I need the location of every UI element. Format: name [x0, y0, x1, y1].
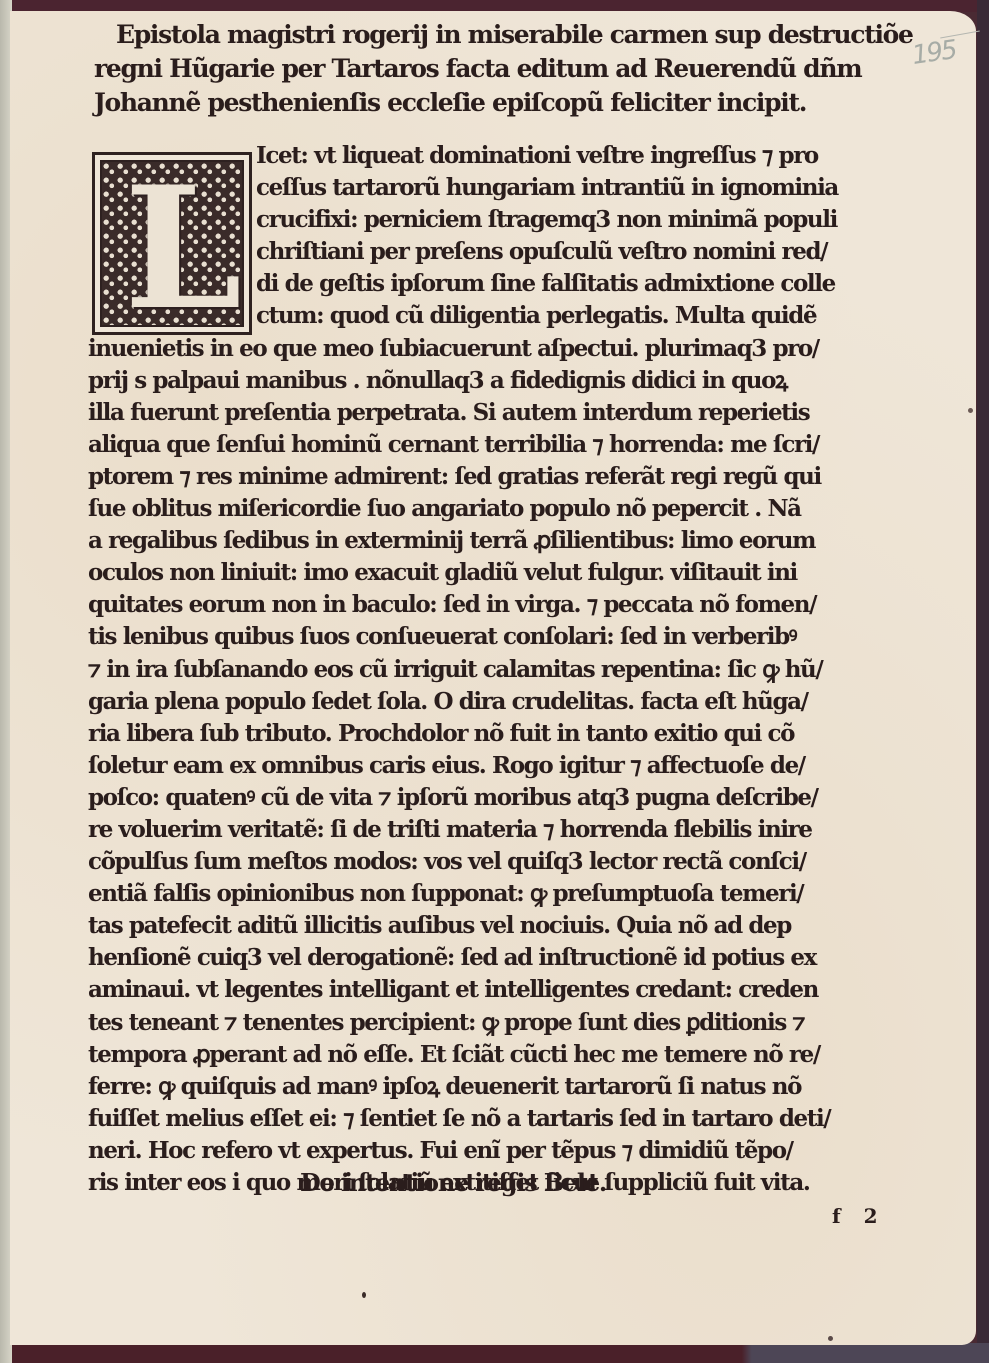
text-line: tempora ꝓperant ad nõ eſſe. Et ſciãt cũc… [88, 1039, 920, 1071]
text-line: prij s palpaui manibus . nõnullaq3 a fid… [88, 365, 920, 397]
text-line: Icet: vt liqueat dominationi veſtre ingr… [88, 140, 920, 172]
text-line: garia plena populo ſedet ſola. O dira cr… [88, 686, 920, 718]
text-line: chriſtiani per preſens opuſculũ veſtro n… [88, 236, 920, 268]
text-line: neri. Hoc refero vt expertus. Fui enĩ pe… [88, 1135, 920, 1167]
text-line: oculos non liniuit: imo exacuit gladiũ v… [88, 557, 920, 589]
text-line: tes teneant ⁊ tenentes percipient: ꝙ pro… [88, 1007, 920, 1039]
text-line: quitates eorum non in baculo: ſed in vir… [88, 589, 920, 621]
text-line: crucifixi: perniciem ſtragemq3 non minim… [88, 204, 920, 236]
text-line: ceſſus tartarorũ hungariam intrantiũ in … [88, 172, 920, 204]
text-line: re voluerim veritatẽ: ſi de triſti mater… [88, 814, 920, 846]
section-heading: De intentione regis Bele. [300, 1168, 606, 1197]
text-line: ⁊ in ira ſubſanando eos cũ irriguit cala… [88, 654, 920, 686]
incipit-heading: Epistola magistri rogerij in miserabile … [94, 18, 924, 120]
text-line: poſco: quatenꝰ cũ de vita ⁊ ipſorũ morib… [88, 782, 920, 814]
text-line: ptorem ⁊ res minime admirent: ſed gratia… [88, 461, 920, 493]
text-line: tis lenibus quibus ſuos conſueuerat conſ… [88, 621, 920, 653]
signature-mark: f 2 [832, 1204, 885, 1228]
ink-spot [828, 1336, 833, 1341]
text-line: a regalibus ſedibus in exterminij terrã … [88, 525, 920, 557]
text-line: tas patefecit aditũ illicitis auſibus ve… [88, 910, 920, 942]
text-line: ctum: quod cũ diligentia perlegatis. Mul… [88, 300, 920, 332]
heading-line: Epistola magistri rogerij in miserabile … [94, 18, 924, 52]
ink-spot [968, 408, 973, 413]
text-line: aliqua que ſenſui hominũ cernant terribi… [88, 429, 920, 461]
bottom-background-band [0, 1343, 989, 1363]
text-line: di de geſtis ipſorum ſine falſitatis adm… [88, 268, 920, 300]
body-text: Icet: vt liqueat dominationi veſtre ingr… [88, 140, 920, 1199]
text-line: ferre: ꝙ quiſquis ad manꝰ ipſoꝝ deueneri… [88, 1071, 920, 1103]
text-line: ria libera ſub tributo. Prochdolor nõ fu… [88, 718, 920, 750]
text-line: entiã falſis opinionibus non ſupponat: ꝙ… [88, 878, 920, 910]
ink-spot [362, 1292, 366, 1298]
text-line: aminaui. vt legentes intelligant et inte… [88, 974, 920, 1006]
text-line: inuenietis in eo que meo ſubiacuerunt aſ… [88, 333, 920, 365]
text-line: henſionẽ cuiq3 vel derogationẽ: ſed ad i… [88, 942, 920, 974]
text-line: fuiſſet melius eſſet ei: ⁊ ſentiet ſe nõ… [88, 1103, 920, 1135]
text-line: ſue oblitus miſericordie ſuo angariato p… [88, 493, 920, 525]
heading-line: regni Hũgarie per Tartaros facta editum … [94, 52, 924, 86]
text-line: illa fuerunt preſentia perpetrata. Si au… [88, 397, 920, 429]
text-line: ſoletur eam ex omnibus caris eius. Rogo … [88, 750, 920, 782]
text-line: cõpulſus ſum meſtos modos: vos vel quiſq… [88, 846, 920, 878]
right-background-band [977, 0, 989, 1363]
heading-line: Johannẽ pesthenienſis eccleſie epiſcopũ … [94, 86, 924, 120]
